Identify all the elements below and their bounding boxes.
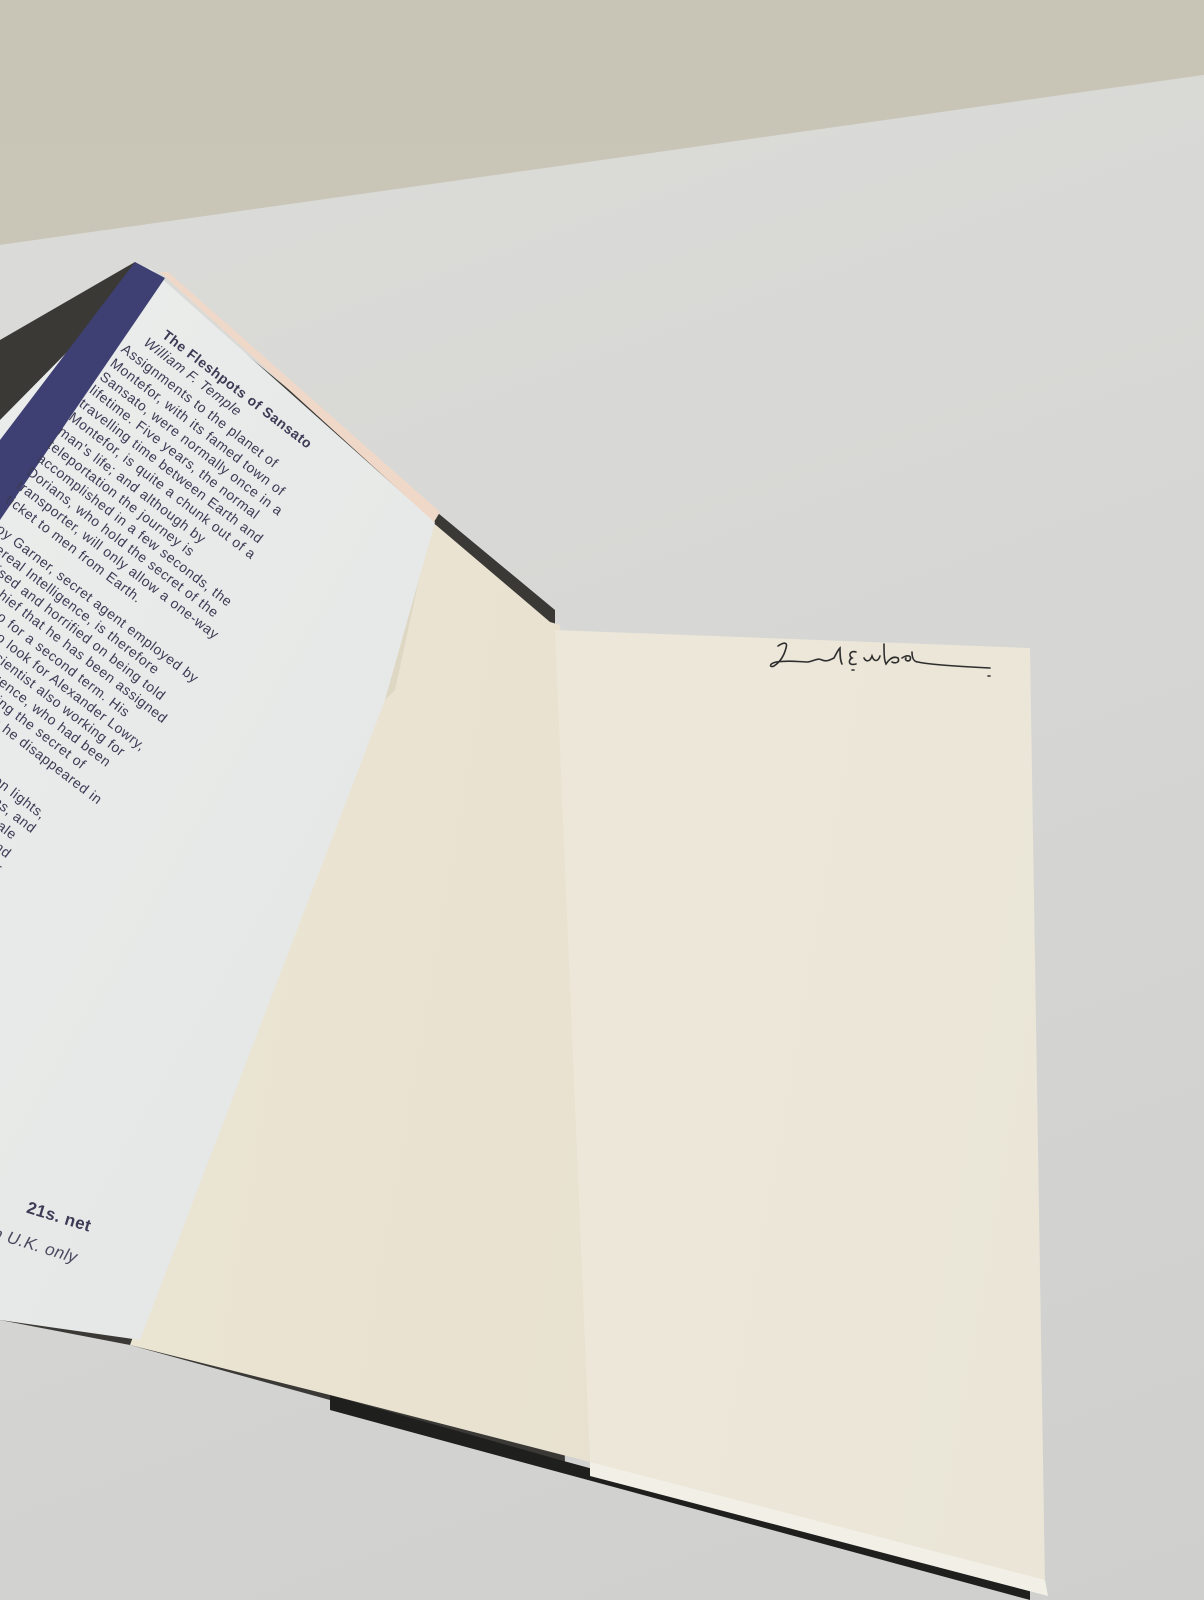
handwritten-signature: Leonard E. Wheeler — [760, 632, 1010, 682]
